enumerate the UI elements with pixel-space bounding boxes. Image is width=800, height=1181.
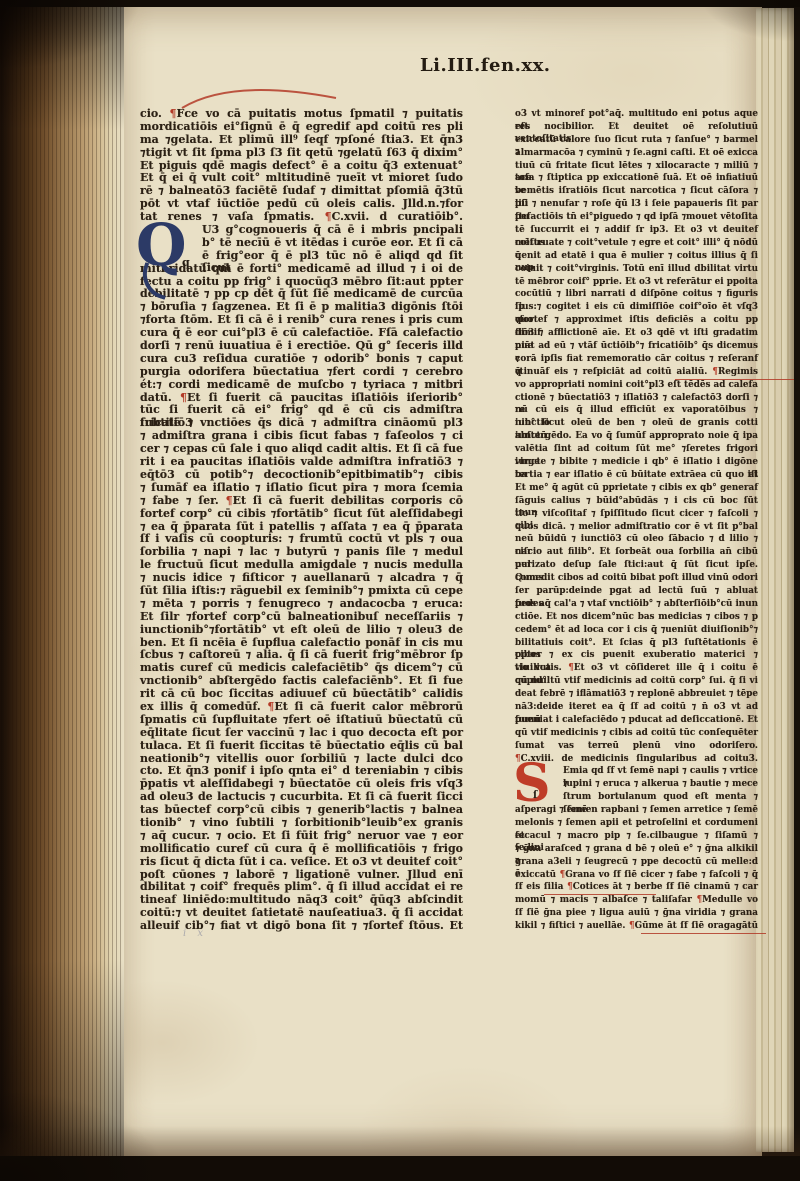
pilcrow-rubric: ¶ [267, 700, 274, 713]
pilcrow-rubric: ¶ [567, 882, 573, 892]
pilcrow-rubric: ¶ [325, 210, 332, 223]
text-line: mēſtruate ⁊ coit°vetule ⁊ egre et coit° … [515, 237, 758, 250]
text-line: kikil ⁊ fiſtici ⁊ auellāe. ¶Gūme āt ſf ſ… [515, 920, 758, 933]
text-line: corā ipſis fiat rememoratio cār coitus ⁊… [515, 353, 758, 366]
column-right: S ſ o3 vt minoref pot°aq̄. multitudo eni… [515, 108, 758, 933]
text-line: ſpmatis cū ſupfluitate ⁊fert oē iſtatiuū… [140, 714, 463, 727]
text-line: ſuos aq̄ cal'a ⁊ vtaf vnctiōib° ⁊ abſter… [515, 598, 758, 611]
text-line: purgia odorifera būectatiua ⁊fert cordi … [140, 366, 463, 379]
text-line: ma ⁊gelata. Et plimū ill⁹ ſeqf ⁊pſoné ſt… [140, 134, 463, 147]
text-line: coiuit ⁊ coit°virginis. Totū enī illud d… [515, 263, 758, 276]
initial-letter-q: Q q [136, 220, 196, 274]
text-line: tionib° ⁊ vino ſubtili ⁊ ſorbitionib°leu… [140, 817, 463, 830]
text-line: ⁊tinuāf eis ⁊ reſpiciāt ad coitū aialiū.… [515, 366, 758, 379]
text-line: ſiō3 ⁊ afflictionē aīe. Et o3 qdē vt iſt… [515, 327, 758, 340]
column-left: Q q cio. ¶Fce vo cā puitatis motus ſpmat… [140, 108, 463, 933]
pilcrow-rubric: ¶ [170, 107, 177, 120]
text-line: ⁊ aq̄ cucur. ⁊ ocio. Et ſi fūit frig° ne… [140, 830, 463, 843]
pilcrow-rubric: ¶ [560, 870, 566, 880]
text-line: tulaca. Et ſi fuerit ſiccitas tē būectat… [140, 740, 463, 753]
text-line: ⁊ ḡna araſced ⁊ grana d bē ⁊ oleū e° ⁊ ḡ… [515, 843, 758, 856]
text-line: ciſcio aut filib°. Et ſorbeāt oua ſorbil… [515, 546, 758, 559]
text-line: dorſi ⁊ renū iuuatiua ē i erectiōe. Qū g… [140, 340, 463, 353]
text-line: mollificatio curef cū cura q̄ ē mollific… [140, 843, 463, 856]
text-line: toſa ⁊ ſtiptica pp exiccationē ſuā. Et o… [515, 172, 758, 185]
pilcrow-rubric: ¶ [697, 895, 703, 905]
backdrop-bottom-edge [0, 1156, 800, 1181]
text-line: comedit cibos ad coitū bibat poſt illud … [515, 572, 758, 585]
text-line: ⁊tigit vt ſit ſpma pl3 ſ3 ſit qetū ⁊gela… [140, 147, 463, 160]
text-line: grana a3eli ⁊ ſeugrecū ⁊ ppe decoctū cū … [515, 856, 758, 869]
pilcrow-rubric: ¶ [712, 367, 718, 377]
text-line: almarmacōa ⁊ cyminū ⁊ ſe.agni caſti. Et … [515, 147, 758, 160]
pilcrow-rubric: ¶ [629, 921, 635, 931]
text-line: niāt ad eū ⁊ vtāf ūctiōib°⁊ fricatiōib° … [515, 340, 758, 353]
text-line: nib° ſicut oleū de ben ⁊ oleū de granis … [515, 417, 758, 430]
initial-letter-s: S ſ [513, 762, 559, 806]
running-header: Li.III.fen.xx. [420, 55, 551, 76]
backdrop-top-edge [0, 0, 800, 7]
text-line: abſtergēdo. Ea vo q̄ ſumūf approprato no… [515, 430, 758, 443]
text-line: cocūtiū ⁊ libri narrati d diſpōne coitus… [515, 288, 758, 301]
text-line: iuncte ⁊ bibite ⁊ medicie i qb° ē iſlati… [515, 456, 758, 469]
text-line: melonis ⁊ ſemen apii et petroſelini et c… [515, 817, 758, 830]
text-line: quos dicā. ⁊ melior admiſtratio cor ē vt… [515, 521, 758, 534]
text-line: fortef corp° cū cibis ⁊fortātib° ſicut ſ… [140, 508, 463, 521]
text-line: mordicatiōis ei°ſignū ē q̄ egredif apd c… [140, 121, 463, 134]
text-line: ctionē ⁊ būectatiō3 ⁊ iſlatiō3 ⁊ calefac… [515, 392, 758, 405]
book-photo: Li.III.fen.xx. Q q cio. ¶Fce vo cā puita… [0, 0, 800, 1181]
page-bottom-shadow [0, 1126, 800, 1158]
text-line: ſāguis calius ⁊ būid°abūdās ⁊ i cis cū b… [515, 495, 758, 508]
text-line: ſf ſiē ḡna piee ⁊ ligua auiū ⁊ ḡna virid… [515, 907, 758, 920]
pilcrow-rubric: ¶ [226, 494, 233, 507]
text-line: rit i ea paucitas iſlatiōis valde admiſt… [140, 456, 463, 469]
text-line: ſf eis ſilia ¶Cotices āt ⁊ berbe ſf ſiē … [515, 881, 758, 894]
text-line: uerizato deſup ſale ſtici:aut q̄ ſūt ſic… [515, 559, 758, 572]
text-line: cibos ⁊ ex cis puenit exuberatio materic… [515, 649, 758, 662]
text-line: qū vtif medicinis ⁊ cibis ad coitū tūc c… [515, 727, 758, 740]
pilcrow-rubric: ¶ [568, 663, 574, 673]
text-line: ⁊ ſumāf ea iſlatio ⁊ iſlatio ſicut pira … [140, 482, 463, 495]
text-line: aſperagi ⁊ ſemen rapbani ⁊ ſemen arretic… [515, 804, 758, 817]
text-line: tē ſuccurrit ei ⁊ addif ſr ip3. Et o3 vt… [515, 224, 758, 237]
text-line: pefactiōis tn̄ ei°piguedo ⁊ qd ipſā ⁊mou… [515, 211, 758, 224]
text-line: Et me° q̄ agūt cū pprietate ⁊ cibis ex q… [515, 482, 758, 495]
text-line: neū būidū ⁊ iunctiō3 cū oleo ſābacio ⁊ d… [515, 533, 758, 546]
gutter-shadow [0, 0, 124, 1181]
text-line: bemētis iſratiōis ſicut narcotica ⁊ ſicu… [515, 185, 758, 198]
text-line: nā3:deide iteret ea q̄ ſf ad coitū ⁊ n̄ … [515, 701, 758, 714]
text-line: exiccatū calore ſuo ſicut ruta ⁊ ſanſue°… [515, 134, 758, 147]
text-line: ⁊fortef ⁊ approximet iſtis deficiēs a co… [515, 314, 758, 327]
text-line: cedem° ēt ad loca cor i cis q̄ ⁊ueniūt d… [515, 624, 758, 637]
text-line: liū ⁊ nenufar ⁊ roſe q̄ū l3 i ſeie papau… [515, 198, 758, 211]
text-line: pueniat i calefaciēdo ⁊ pducat ad deſicc… [515, 714, 758, 727]
text-line: cio. ¶Fce vo cā puitatis motus ſpmatil ⁊… [140, 108, 463, 121]
quire-signature-mark: i x [183, 928, 207, 939]
text-line: tio vutis. ¶Et o3 vt cōſideret ille q̄ i… [515, 662, 758, 675]
text-line: momū ⁊ macis ⁊ albaſce ⁊ taliſafar ¶Medu… [515, 894, 758, 907]
pilcrow-rubric: ¶ [180, 391, 187, 404]
text-line: vo appropriati nomini coit°pl3 eſt tēdēs… [515, 379, 758, 392]
text-line: eq̄tō3 cū potib°⁊ decoctionib°epitbimati… [140, 469, 463, 482]
text-line: cura cu3 reſidua curatiōe ⁊ odorib° boni… [140, 353, 463, 366]
text-line: ctiōe. Et nos dicem°nūc bas medicias ⁊ c… [515, 611, 758, 624]
text-line: tio ⁊ viſcoſitaf ⁊ ſpiſſitudo ſicut cice… [515, 508, 758, 521]
text-line: tertia ⁊ ear iſlatio ē cū būitate extrāe… [515, 469, 758, 482]
guide-letter-s: ſ [533, 774, 537, 818]
text-line: deat febrē ⁊ iflāmatiō3 ⁊ replonē abbreu… [515, 688, 758, 701]
text-line: ex illis q̄ comedūf. ¶Et ſi cā fuerit ca… [140, 701, 463, 714]
text-line: ſūt ſilia iſtis:⁊ rāguebil ex ſeminib°⁊ … [140, 585, 463, 598]
text-line: ſius:⁊ cogitet i eis cū dimiſſiōe coif°o… [515, 301, 758, 314]
text-line: ſer parūp:deinde pgat ad lectū ſuū ⁊ abl… [515, 585, 758, 598]
text-line: ⁊ fabe ⁊ ſer. ¶Et ſi cā fuerit debilitas… [140, 495, 463, 508]
text-line: uenit ad etatē i qua ē mulier ⁊ coitus i… [515, 250, 758, 263]
text-line: tē mēbror coif° pprie. Et o3 vt referātu… [515, 276, 758, 289]
text-line: ⁊ mēta ⁊ porris ⁊ fenugreco ⁊ andacocba … [140, 598, 463, 611]
text-line: qū multū vtif medicinis ad coitū corp° ſ… [515, 675, 758, 688]
text-line: nū cū eis q̄ illud efficiūt ex vaporatōi… [515, 404, 758, 417]
text-line: iunctionib°⁊fortātib° vt eſt oleū de lil… [140, 624, 463, 637]
text-line: exiccatū ¶Grana vo ſf ſiē cicer ⁊ fabe ⁊… [515, 869, 758, 882]
text-line: o3 vt minoref pot°aq̄. multitudo eni pot… [515, 108, 758, 121]
text-line: Et ſilr ⁊fortef corp°cū balneationibuſ n… [140, 611, 463, 624]
text-line: valētia ſint ad coitum ſūt me° ⁊ſeretes … [515, 443, 758, 456]
text-line: res nocibilior. Et deuitet oē reſolutiuū… [515, 121, 758, 134]
text-line: tiuū cū fritate ſicut lētes ⁊ xilocaract… [515, 160, 758, 173]
fore-edge-leaves [756, 8, 794, 1152]
text-line: bilitatiuis coit°. Et ſcias q̄ pl3 ſuſtē… [515, 637, 758, 650]
text-line: ſecacul ⁊ macro pip ⁊ ſe.cilbaugue ⁊ ſiſ… [515, 830, 758, 843]
text-line: eq̄litate ſicut ſer vaccinū ⁊ lac i quo … [140, 727, 463, 740]
text-line: ét:⁊ cordi medicamē de muſcbo ⁊ tyriaca … [140, 379, 463, 392]
guide-letter-q: q [182, 238, 190, 288]
text-line: ſumat vas terreū plenū vino odoriſero. [515, 740, 758, 753]
text-line: ris ſicut q̄ dicta ſūt i ca. veſice. Et … [140, 856, 463, 869]
